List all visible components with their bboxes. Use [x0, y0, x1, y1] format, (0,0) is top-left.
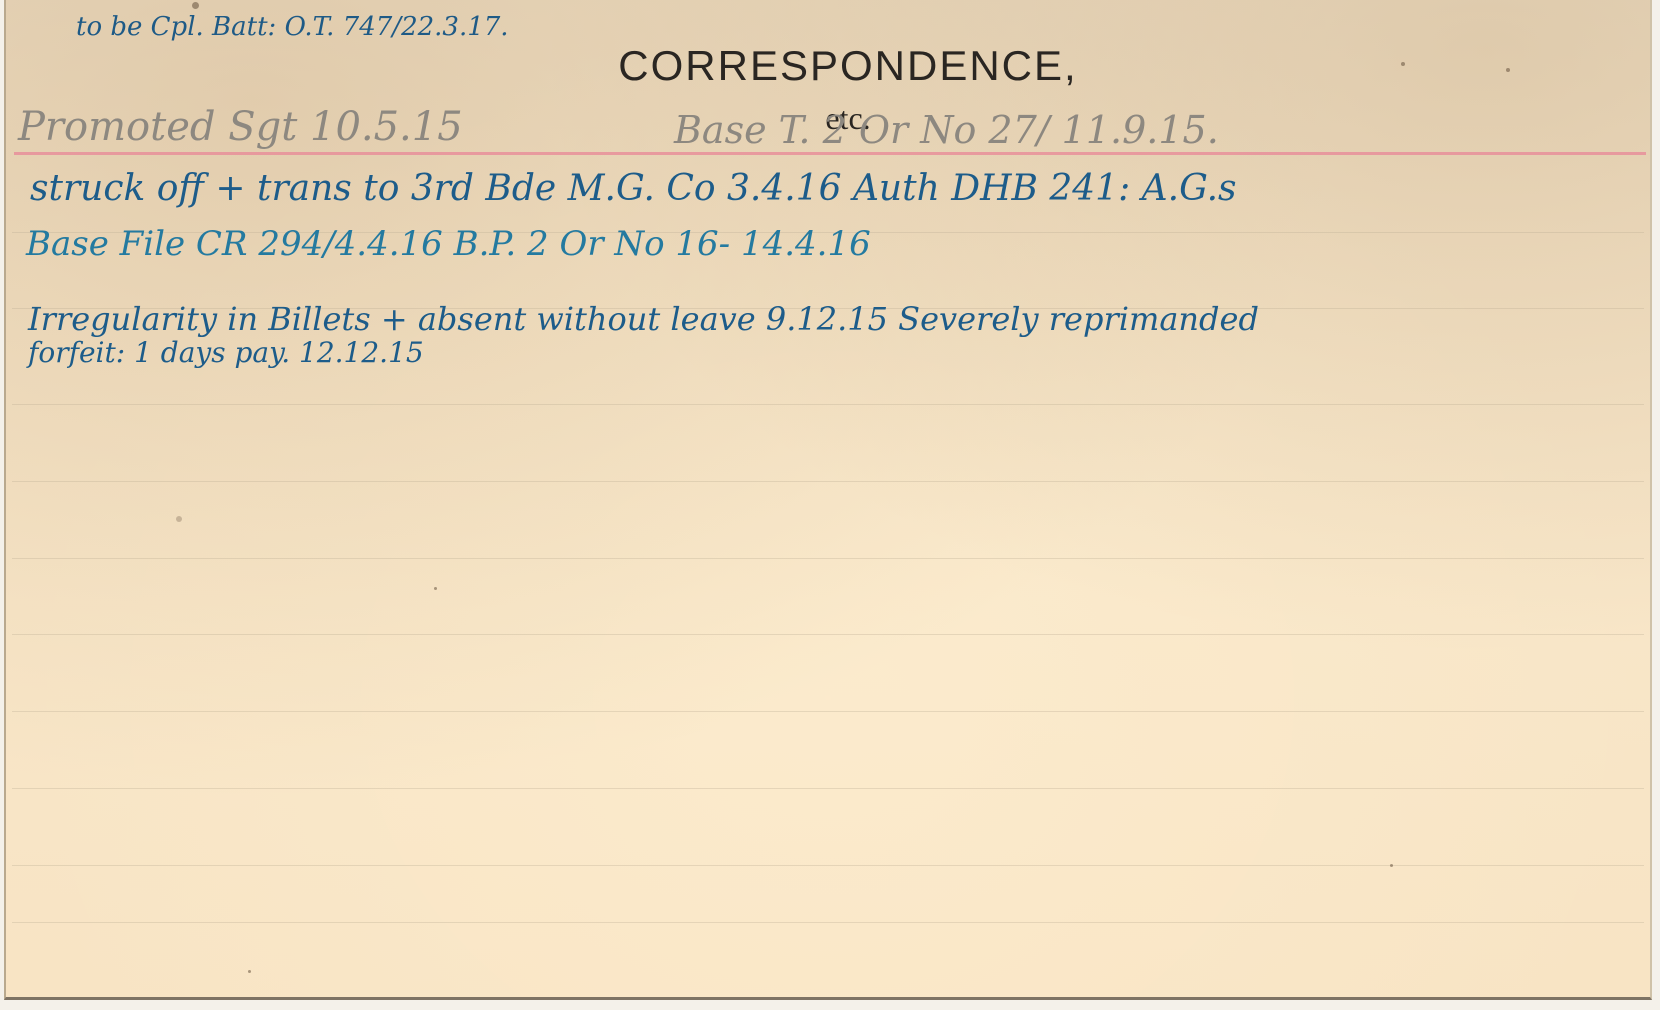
handwritten-top-note: to be Cpl. Batt: O.T. 747/22.3.17.: [76, 12, 509, 42]
ruled-line: [12, 788, 1644, 789]
paper-spot: [176, 516, 182, 522]
ruled-line: [12, 634, 1644, 635]
ink-entry-base-file: Base File CR 294/4.4.16 B.P. 2 Or No 16-…: [26, 224, 871, 264]
paper-spot: [1401, 62, 1405, 66]
ruled-line: [12, 404, 1644, 405]
pencil-entry-base: Base T. 2 Or No 27/ 11.9.15.: [674, 108, 1219, 152]
paper-spot: [434, 587, 437, 590]
ruled-line: [12, 481, 1644, 482]
paper-spot: [1390, 864, 1393, 867]
ruled-line: [12, 922, 1644, 923]
ink-entry-transfer: struck off + trans to 3rd Bde M.G. Co 3.…: [30, 168, 1237, 209]
ruled-line: [12, 711, 1644, 712]
ink-entry-punishment: forfeit: 1 days pay. 12.12.15: [28, 336, 424, 369]
paper-spot: [248, 970, 251, 973]
record-card: CORRESPONDENCE, etc. to be Cpl. Batt: O.…: [4, 0, 1652, 1000]
pencil-entry-promotion: Promoted Sgt 10.5.15: [18, 104, 463, 150]
ruled-line: [12, 865, 1644, 866]
ruled-line: [12, 558, 1644, 559]
ink-entry-offence: Irregularity in Billets + absent without…: [28, 300, 1259, 338]
paper-spot: [1506, 68, 1510, 72]
card-heading: CORRESPONDENCE,: [6, 42, 1650, 90]
red-margin-rule: [14, 152, 1646, 155]
paper-spot: [192, 2, 199, 9]
